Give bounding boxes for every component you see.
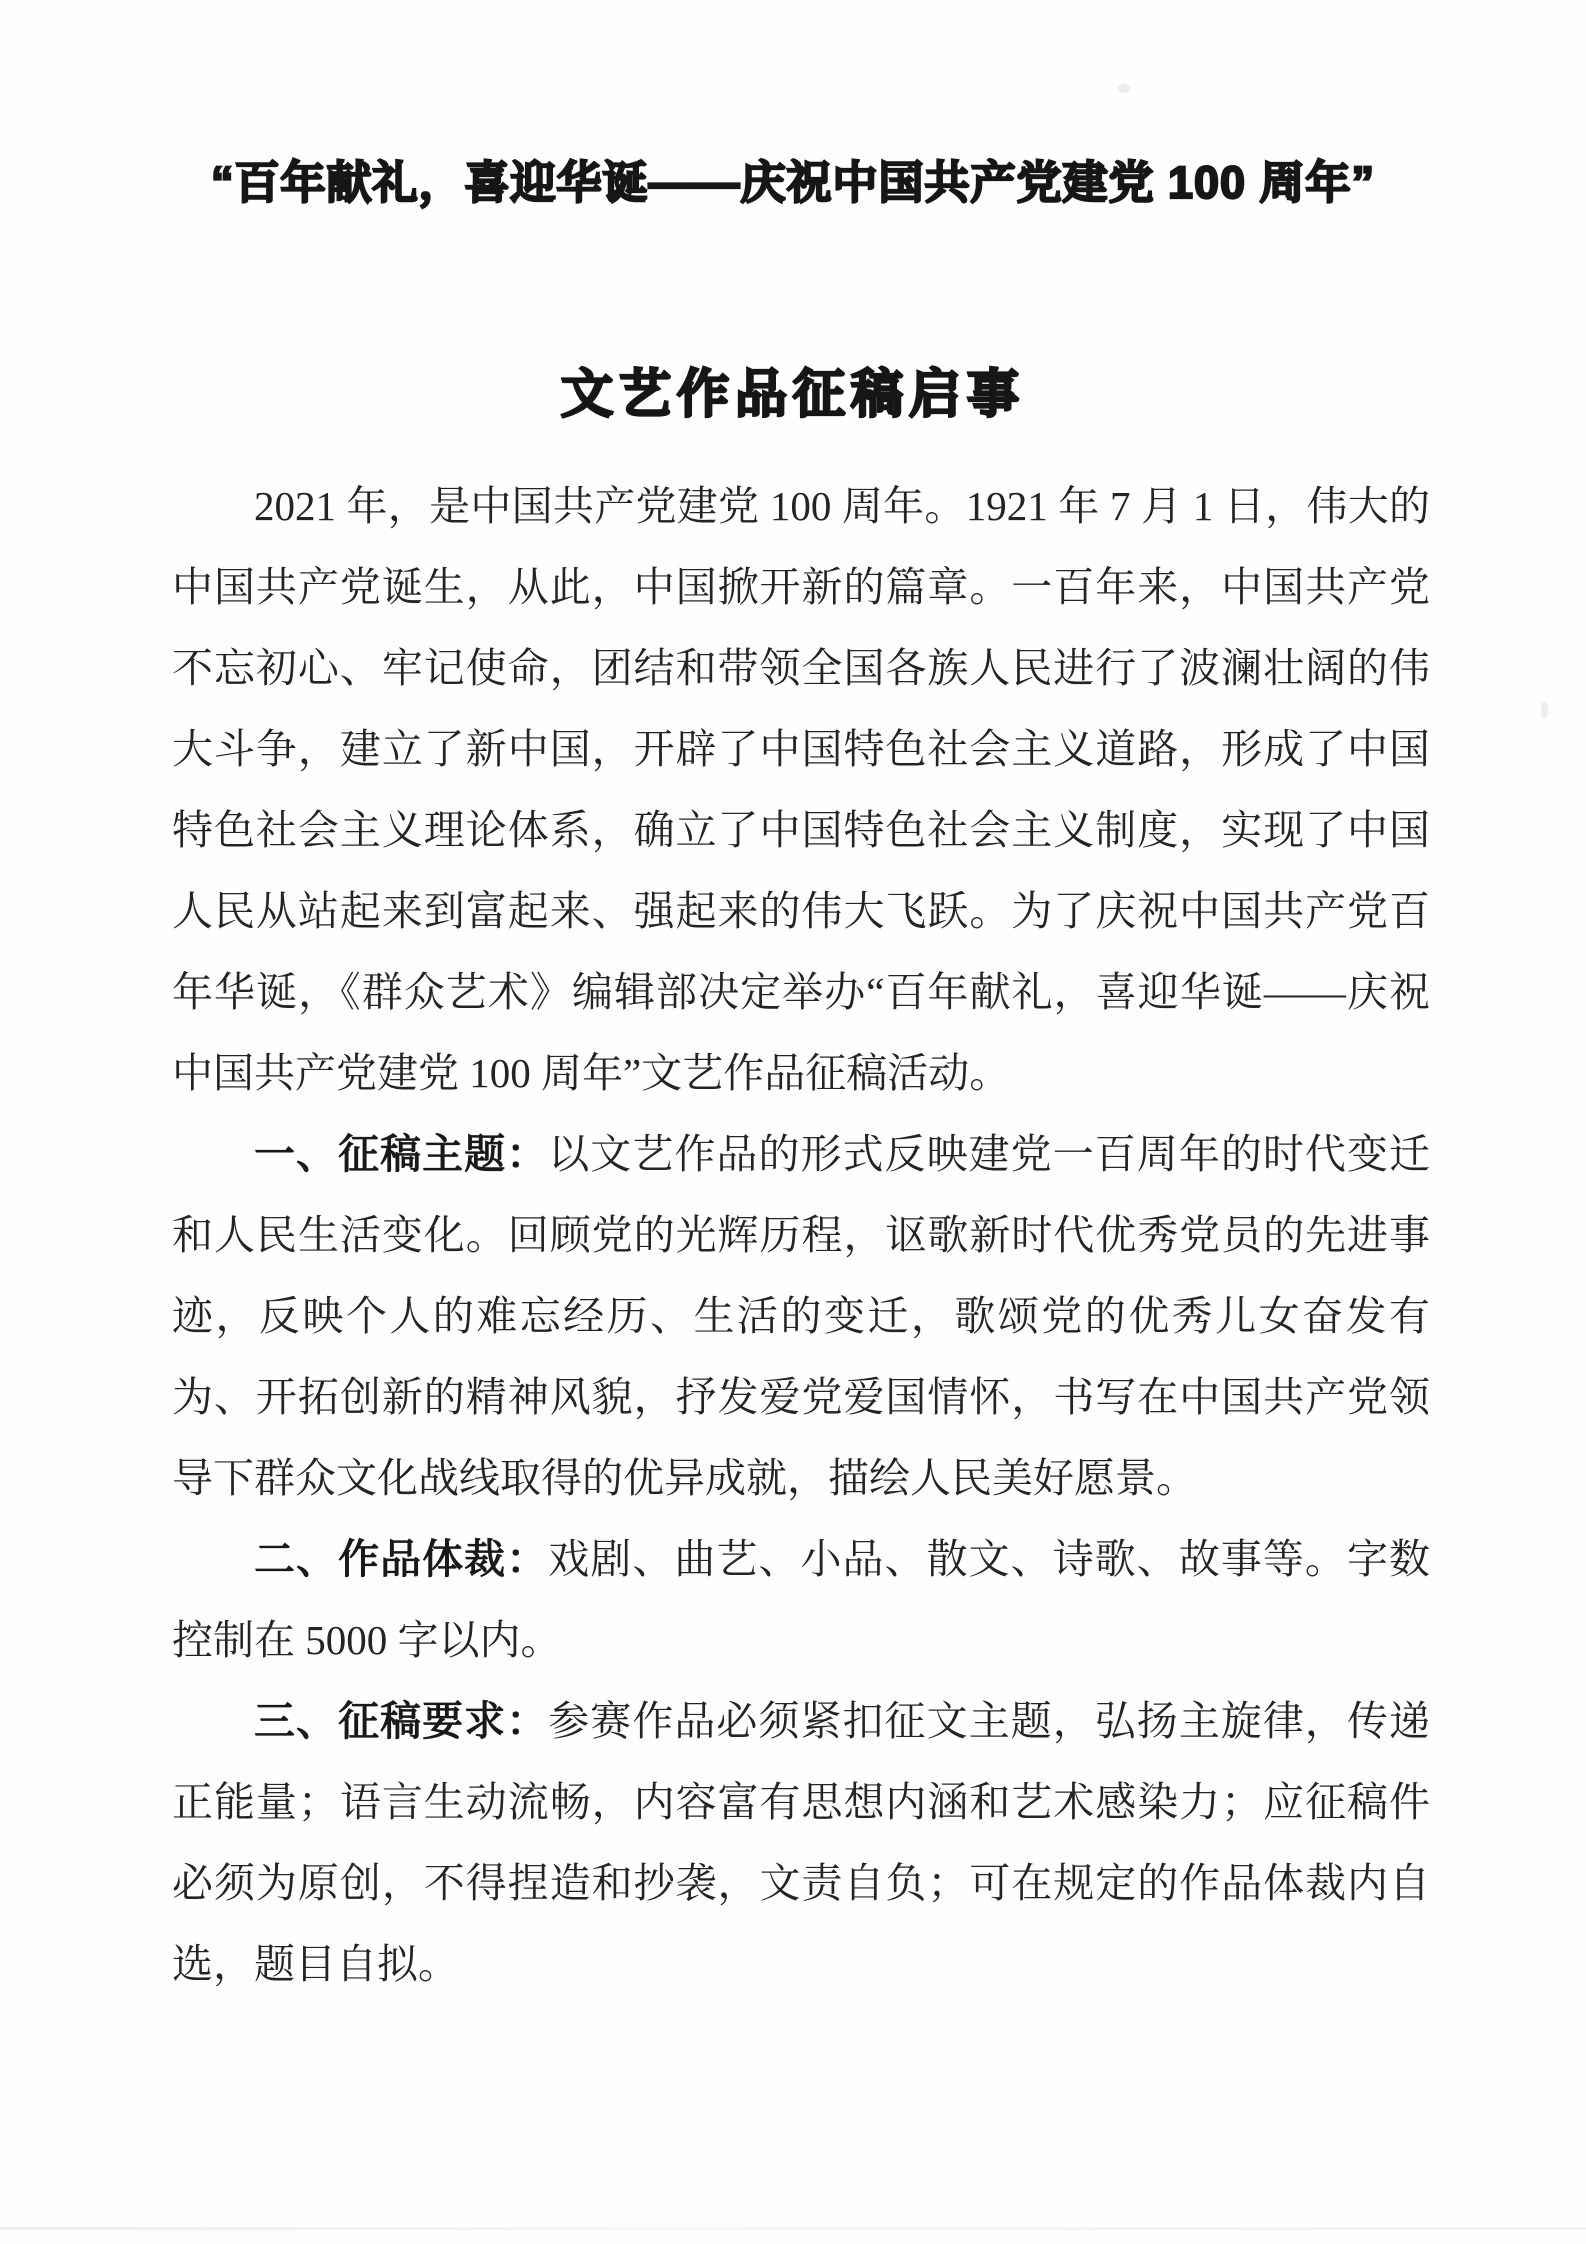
section-label: 二、作品体裁：	[254, 1536, 548, 1582]
document-body: 2021 年，是中国共产党建党 100 周年。1921 年 7 月 1 日，伟大…	[172, 466, 1430, 2005]
paragraph-text: 以文艺作品的形式反映建党一百周年的时代变迁和人民生活变化。回顾党的光辉历程，讴歌…	[172, 1131, 1430, 1501]
paragraph-theme: 一、征稿主题：以文艺作品的形式反映建党一百周年的时代变迁和人民生活变化。回顾党的…	[172, 1114, 1430, 1519]
paragraph-text: 2021 年，是中国共产党建党 100 周年。1921 年 7 月 1 日，伟大…	[172, 483, 1430, 1096]
document-title: “百年献礼，喜迎华诞——庆祝中国共产党建党 100 周年”	[0, 146, 1586, 211]
section-label: 一、征稿主题：	[254, 1131, 548, 1177]
paragraph-requirements: 三、征稿要求：参赛作品必须紧扣征文主题，弘扬主旋律，传递正能量；语言生动流畅，内…	[172, 1681, 1430, 2005]
paragraph-intro: 2021 年，是中国共产党建党 100 周年。1921 年 7 月 1 日，伟大…	[172, 466, 1430, 1114]
document-page: “百年献礼，喜迎华诞——庆祝中国共产党建党 100 周年” 文艺作品征稿启事 2…	[0, 0, 1586, 2244]
paragraph-genres: 二、作品体裁：戏剧、曲艺、小品、散文、诗歌、故事等。字数控制在 5000 字以内…	[172, 1519, 1430, 1681]
scan-artifact	[0, 2227, 1586, 2230]
section-label: 三、征稿要求：	[254, 1698, 548, 1744]
scan-artifact	[1541, 702, 1548, 718]
scan-artifact	[1118, 84, 1130, 93]
document-subtitle: 文艺作品征稿启事	[0, 352, 1586, 427]
